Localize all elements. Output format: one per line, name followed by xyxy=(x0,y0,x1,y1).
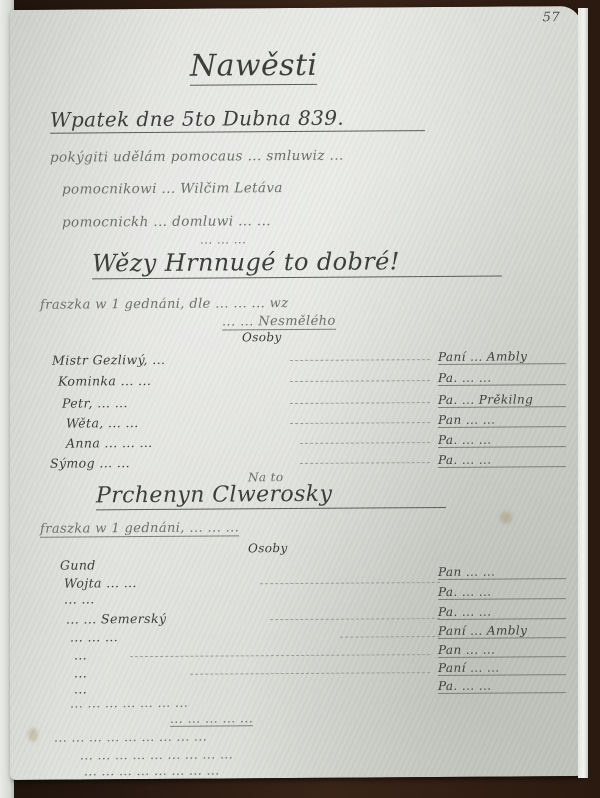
cast-actor: Pa. ... ... xyxy=(438,584,566,600)
cast-role: Gund xyxy=(60,557,96,572)
cast-actor: Pa. ... ... xyxy=(438,452,566,468)
intro-line: pokýgiti udělám pomocaus ... smluwiz ... xyxy=(50,148,344,166)
play2-subtitle: fraszka w 1 gednáni, ... ... ... xyxy=(40,520,239,537)
cast-role: ... xyxy=(74,681,87,696)
play1-author: ... ... Nesmělého xyxy=(222,314,336,331)
cast-role: Anna ... ... ... xyxy=(66,435,153,451)
closing-line: ... ... ... ... ... ... ... ... ... xyxy=(80,746,233,762)
cast-role: ... xyxy=(74,665,87,680)
intro-line: pomocnickh ... domluwi ... ... xyxy=(62,213,271,230)
play1-subtitle: fraszka w 1 gednáni, dle ... ... ... wz xyxy=(40,296,288,313)
closing-line: ... ... ... ... ... ... ... ... xyxy=(84,763,220,779)
leader-dashes xyxy=(290,359,430,361)
leader-dashes xyxy=(300,442,430,444)
cast-actor: Pan ... ... xyxy=(438,642,566,658)
leader-dashes xyxy=(270,618,440,620)
cast-role: Kominka ... ... xyxy=(58,373,151,389)
leader-dashes xyxy=(340,636,440,638)
play1-cast-heading: Osoby xyxy=(242,330,282,344)
cast-role: Wěta, ... ... xyxy=(66,415,139,431)
closing-line: ... ... ... ... ... ... ... xyxy=(70,695,188,711)
cast-actor: Pa. ... ... xyxy=(438,678,566,694)
manuscript-page: 57 Nawěsti Wpatek dne 5to Dubna 839. pok… xyxy=(10,6,582,780)
leader-dashes xyxy=(290,380,430,382)
leader-dashes xyxy=(290,402,430,404)
cast-actor: Pan ... ... xyxy=(438,564,566,580)
paper-stain xyxy=(500,511,512,523)
cast-actor: Pa. ... ... xyxy=(438,604,566,620)
cast-actor: Pa. ... Prěkilng xyxy=(438,392,566,408)
leader-dashes xyxy=(300,462,430,464)
closing-line: ... ... ... ... ... xyxy=(170,710,253,727)
page-edge xyxy=(578,8,588,778)
page-number: 57 xyxy=(543,10,560,25)
cast-actor: Paní ... Ambly xyxy=(438,349,566,365)
closing-line: ... ... ... ... ... ... ... ... ... xyxy=(54,729,207,745)
cast-actor: Pa. ... ... xyxy=(438,370,566,386)
cast-role: Sýmog ... ... xyxy=(50,455,130,471)
cast-role: ... xyxy=(74,647,87,662)
leader-dashes xyxy=(130,654,430,657)
leader-dashes xyxy=(290,422,430,424)
cast-role: Wojta ... ... xyxy=(64,575,137,591)
play1-title: Wězy Hrnnugé to dobré! xyxy=(92,247,502,280)
cast-actor: Paní ... Ambly xyxy=(438,623,566,639)
cast-actor: Pan ... ... xyxy=(438,412,566,428)
page-title: Nawěsti xyxy=(190,48,317,86)
cast-role: ... ... xyxy=(64,591,95,606)
paper-stain xyxy=(28,728,38,742)
play2-title: Prchenyn Clwerosky xyxy=(96,481,446,510)
cast-actor: Paní ... ... xyxy=(438,660,566,676)
cast-role: ... ... Semerský xyxy=(66,611,166,627)
cast-role: ... ... ... xyxy=(70,629,118,644)
cast-role: Mistr Gezliwý, ... xyxy=(52,352,165,368)
play2-cast-heading: Osoby xyxy=(248,541,288,555)
intro-line: pomocnikowi ... Wilčim Letáva xyxy=(62,180,283,198)
intro-line: ... ... ... xyxy=(200,232,246,246)
dateline: Wpatek dne 5to Dubna 839. xyxy=(50,105,425,134)
leader-dashes xyxy=(190,672,430,675)
leader-dashes xyxy=(260,582,440,584)
cast-role: Petr, ... ... xyxy=(62,395,128,410)
cast-actor: Pa. ... ... xyxy=(438,432,566,448)
